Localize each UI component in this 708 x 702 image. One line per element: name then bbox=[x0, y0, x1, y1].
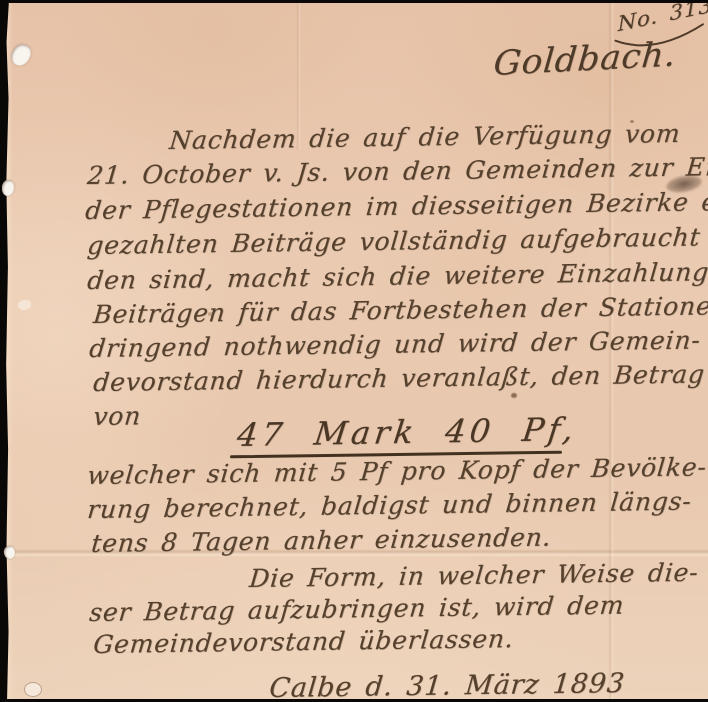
body-line: Beiträgen für das Fortbestehen der Stati… bbox=[92, 291, 708, 330]
place-heading: Goldbach. bbox=[492, 35, 678, 84]
paper-speck bbox=[208, 312, 212, 316]
paper-speck bbox=[511, 393, 517, 398]
body-line: Gemeindevorstand überlassen. bbox=[92, 624, 515, 660]
body-line: devorstand hierdurch veranlaßt, den Betr… bbox=[92, 359, 706, 398]
paper-ring-mark bbox=[24, 682, 42, 697]
paper-speck bbox=[630, 120, 634, 123]
document-page: No. 313. Goldbach. Nachdem die auf die V… bbox=[0, 0, 708, 702]
paper-hole bbox=[18, 300, 31, 310]
scan-edge-top bbox=[0, 0, 708, 3]
body-line: welcher sich mit 5 Pf pro Kopf der Bevöl… bbox=[86, 452, 708, 491]
date-line: Calbe d. 31. März 1893 bbox=[268, 669, 626, 702]
body-line: ser Betrag aufzubringen ist, wird dem bbox=[88, 591, 626, 628]
body-line: von bbox=[92, 401, 142, 432]
body-line: gezahlten Beiträge vollständig aufgebrau… bbox=[86, 221, 708, 261]
body-line: Die Form, in welcher Weise die- bbox=[248, 558, 700, 594]
body-line: der Pflegestationen im diesseitigen Bezi… bbox=[84, 187, 708, 226]
body-line: Nachdem die auf die Verfügung vom bbox=[168, 119, 682, 156]
amount-line: 47 Mark 40 Pf, bbox=[235, 410, 579, 454]
body-line: den sind, macht sich die weitere Einzahl… bbox=[86, 256, 708, 296]
body-line: 21. October v. Js. von den Gemeinden zur… bbox=[86, 151, 708, 191]
body-line: rung berechnet, baldigst und binnen läng… bbox=[86, 487, 693, 525]
